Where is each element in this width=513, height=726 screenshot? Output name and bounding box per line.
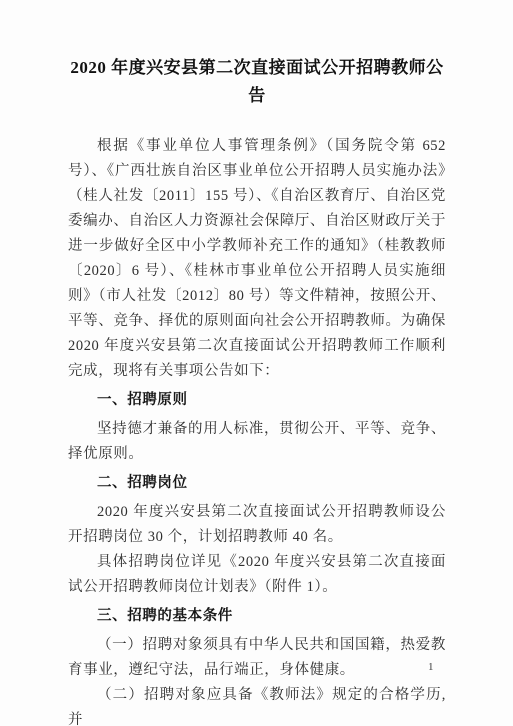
section-heading-recruit-positions: 二、招聘岗位 xyxy=(68,471,446,496)
document-page: 2020 年度兴安县第二次直接面试公开招聘教师公告 根据《事业单位人事管理条例》… xyxy=(0,0,513,726)
section-heading-recruit-principle: 一、招聘原则 xyxy=(68,388,446,413)
page-title: 2020 年度兴安县第二次直接面试公开招聘教师公告 xyxy=(68,54,446,110)
paragraph-condition-1: （一）招聘对象须具有中华人民共和国国籍，热爱教育事业，遵纪守法，品行端正，身体健… xyxy=(68,633,446,683)
section-heading-basic-conditions: 三、招聘的基本条件 xyxy=(68,604,446,629)
paragraph-condition-2: （二）招聘对象应具备《教师法》规定的合格学历,并 xyxy=(68,683,446,726)
document-body: 根据《事业单位人事管理条例》（国务院令第 652 号）、《广西壮族自治区事业单位… xyxy=(68,134,446,726)
paragraph-principle: 坚持德才兼备的用人标准，贯彻公开、平等、竞争、择优原则。 xyxy=(68,417,446,467)
paragraph-basis: 根据《事业单位人事管理条例》（国务院令第 652 号）、《广西壮族自治区事业单位… xyxy=(68,134,446,384)
paragraph-position-detail: 具体招聘岗位详见《2020 年度兴安县第二次直接面试公开招聘教师岗位计划表》（附… xyxy=(68,550,446,600)
paragraph-position-count: 2020 年度兴安县第二次直接面试公开招聘教师设公开招聘岗位 30 个，计划招聘… xyxy=(68,500,446,550)
page-number: 1 xyxy=(428,661,434,673)
